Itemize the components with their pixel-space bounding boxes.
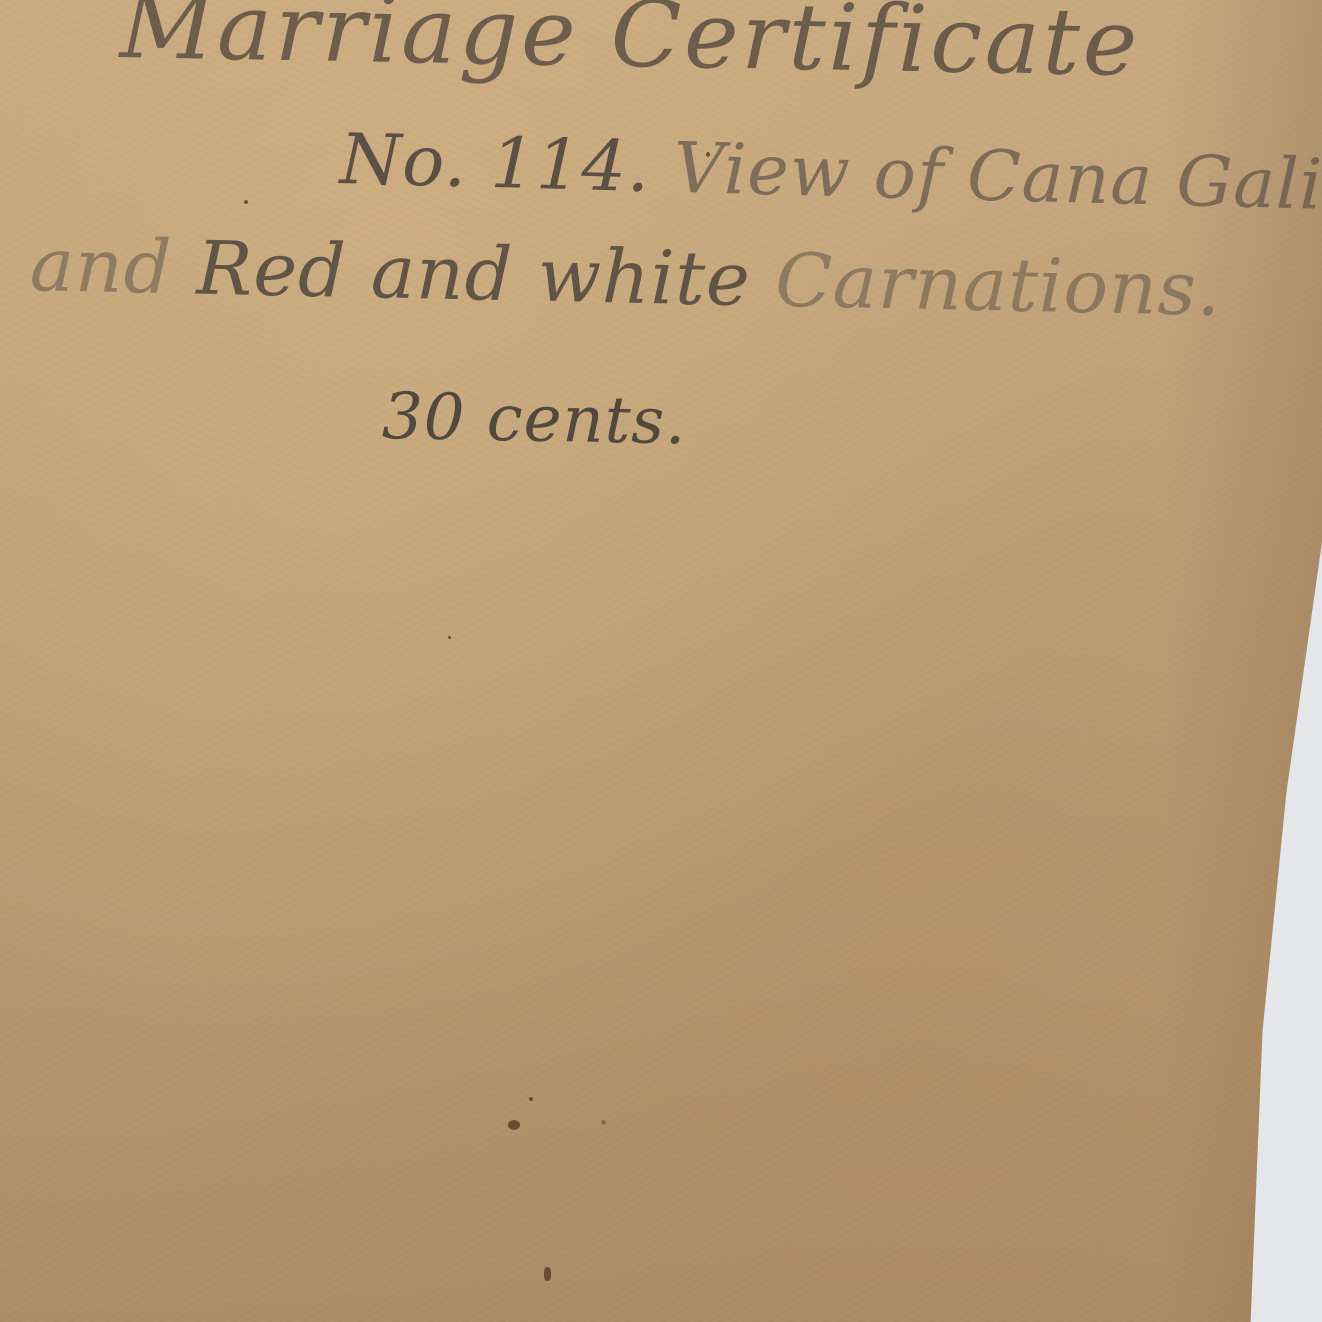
item-number: No. 114. bbox=[339, 118, 652, 208]
handwritten-price: 30 cents. bbox=[381, 380, 687, 459]
paper-stain-spot bbox=[244, 200, 248, 204]
description-tail: Carnations. bbox=[774, 238, 1222, 333]
description-lead: and bbox=[29, 222, 173, 311]
paper-stain-spot bbox=[529, 1097, 533, 1101]
paper-stain-spot bbox=[448, 636, 451, 639]
paper-stain-spot bbox=[601, 1120, 606, 1125]
paper-stain-spot bbox=[706, 152, 710, 157]
photo-stage: Marriage Certificate No. 114. View of Ca… bbox=[0, 0, 1322, 1322]
paper-stain-spot bbox=[544, 1267, 551, 1281]
description-main: Red and white bbox=[196, 226, 752, 324]
paper-stain-spot bbox=[508, 1120, 520, 1130]
